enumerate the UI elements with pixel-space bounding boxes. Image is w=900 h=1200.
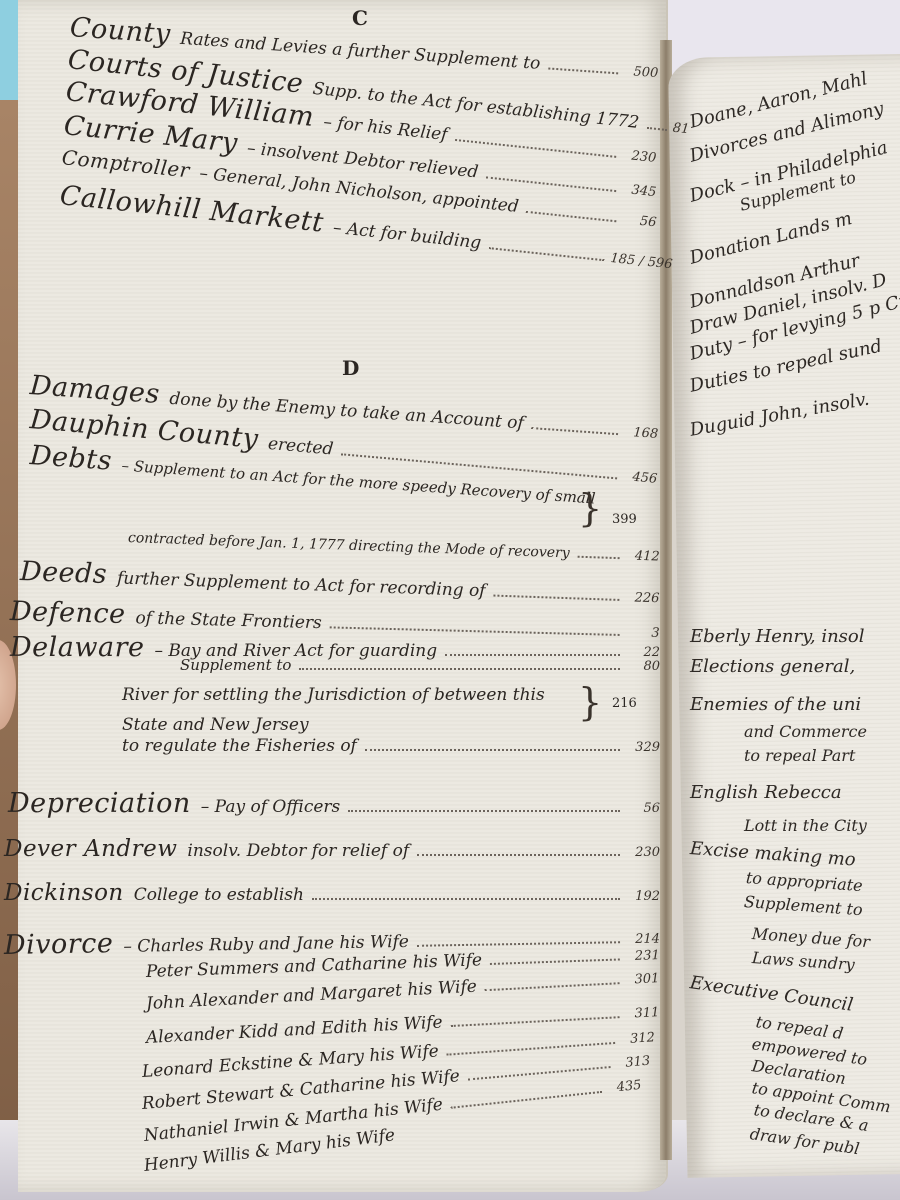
entry-desc: Supplement to <box>180 656 291 674</box>
entry-key: Deeds <box>19 556 107 590</box>
entry-key: Delaware <box>10 632 144 663</box>
entry-page: 435 <box>607 1078 642 1096</box>
entry-page: 399 <box>612 512 637 527</box>
entry-page: 56 <box>626 801 660 816</box>
dot-leader <box>365 749 620 751</box>
entry-page: 231 <box>625 948 660 964</box>
right-index-line: to repeal Part <box>744 746 855 765</box>
entry-page: 412 <box>625 548 660 564</box>
entry-key: Dever Andrew <box>4 836 177 862</box>
entry-page: 301 <box>625 971 660 988</box>
entry-key: Debts <box>29 440 113 477</box>
section-letter-d: D <box>342 356 359 380</box>
entry-page: 216 <box>612 696 637 711</box>
entry-page: 313 <box>616 1054 651 1072</box>
entry-desc: to regulate the Fisheries of <box>122 736 357 756</box>
dot-leader <box>493 595 619 601</box>
right-index-line: Lott in the City <box>744 816 867 835</box>
right-index-line: English Rebecca <box>690 782 842 803</box>
dot-leader <box>548 67 618 74</box>
entry-key: Depreciation <box>8 788 191 819</box>
dot-leader <box>490 958 620 965</box>
entry-page: 81 <box>672 121 690 138</box>
entry-desc: River for settling the Jurisdiction of b… <box>122 680 582 740</box>
entry-page: 56 <box>622 212 657 230</box>
entry-page: 500 <box>624 64 659 81</box>
entry-page: 312 <box>620 1030 655 1047</box>
right-index-line: Eberly Henry, insol <box>690 626 865 647</box>
dot-leader <box>417 854 620 856</box>
index-entry: Dever Andrew insolv. Debtor for relief o… <box>4 836 660 862</box>
entry-desc: College to establish <box>134 885 304 905</box>
entry-desc: erected <box>267 434 334 460</box>
brace: } <box>578 486 602 530</box>
right-index-line: and Commerce <box>744 722 867 741</box>
dot-leader <box>531 427 618 435</box>
dot-leader <box>299 668 620 670</box>
entry-desc: – Charles Ruby and Jane his Wife <box>123 932 409 957</box>
entry-page: 329 <box>626 740 660 755</box>
entry-page: 456 <box>623 469 658 487</box>
section-letter-c: C <box>352 6 368 30</box>
entry-page: 185 / 596 <box>610 251 657 271</box>
entry-page: 230 <box>626 845 660 860</box>
entry-key: Divorce <box>4 928 114 961</box>
entry-page: 230 <box>622 148 657 166</box>
index-entry: to regulate the Fisheries of 329 <box>122 736 660 756</box>
dot-leader <box>577 556 619 559</box>
right-index-line: Elections general, <box>690 656 855 677</box>
entry-page: 168 <box>624 425 659 442</box>
right-index-line: Enemies of the uni <box>690 694 861 715</box>
dot-leader <box>348 810 620 812</box>
entry-key: Defence <box>10 596 126 630</box>
entry-desc: of the State Frontiers <box>135 608 322 633</box>
entry-page: 226 <box>625 590 660 606</box>
entry-page: 345 <box>622 182 657 200</box>
brace: } <box>578 680 602 724</box>
index-entry: Dickinson College to establish 192 <box>4 880 660 906</box>
index-entry: Depreciation – Pay of Officers 56 <box>8 788 660 819</box>
dot-leader <box>312 898 620 900</box>
entry-key: Dickinson <box>4 880 124 906</box>
entry-desc: insolv. Debtor for relief of <box>187 841 409 861</box>
dot-leader <box>485 982 620 991</box>
index-entry: Supplement to 80 <box>180 656 660 674</box>
entry-page: 192 <box>626 889 660 904</box>
entry-desc: – Pay of Officers <box>201 797 341 817</box>
entry-page: 80 <box>626 659 660 674</box>
entry-page: 311 <box>625 1005 660 1022</box>
right-page <box>668 54 900 1178</box>
